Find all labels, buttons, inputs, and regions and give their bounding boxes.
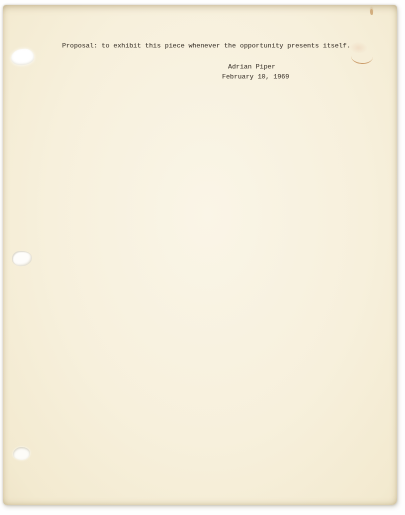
stain-arc-mark: [351, 48, 374, 64]
signature-date: February 10, 1969: [222, 73, 289, 81]
paper-sheet: Proposal: to exhibit this piece whenever…: [3, 5, 397, 505]
hole-punch-bottom: [12, 446, 30, 460]
stain-speck-mark: [370, 9, 373, 15]
signature-name: Adrian Piper: [228, 63, 275, 71]
hole-punch-top: [10, 48, 35, 66]
scanned-page-background: Proposal: to exhibit this piece whenever…: [0, 0, 405, 515]
hole-punch-middle: [12, 250, 33, 266]
proposal-text: Proposal: to exhibit this piece whenever…: [62, 42, 351, 50]
